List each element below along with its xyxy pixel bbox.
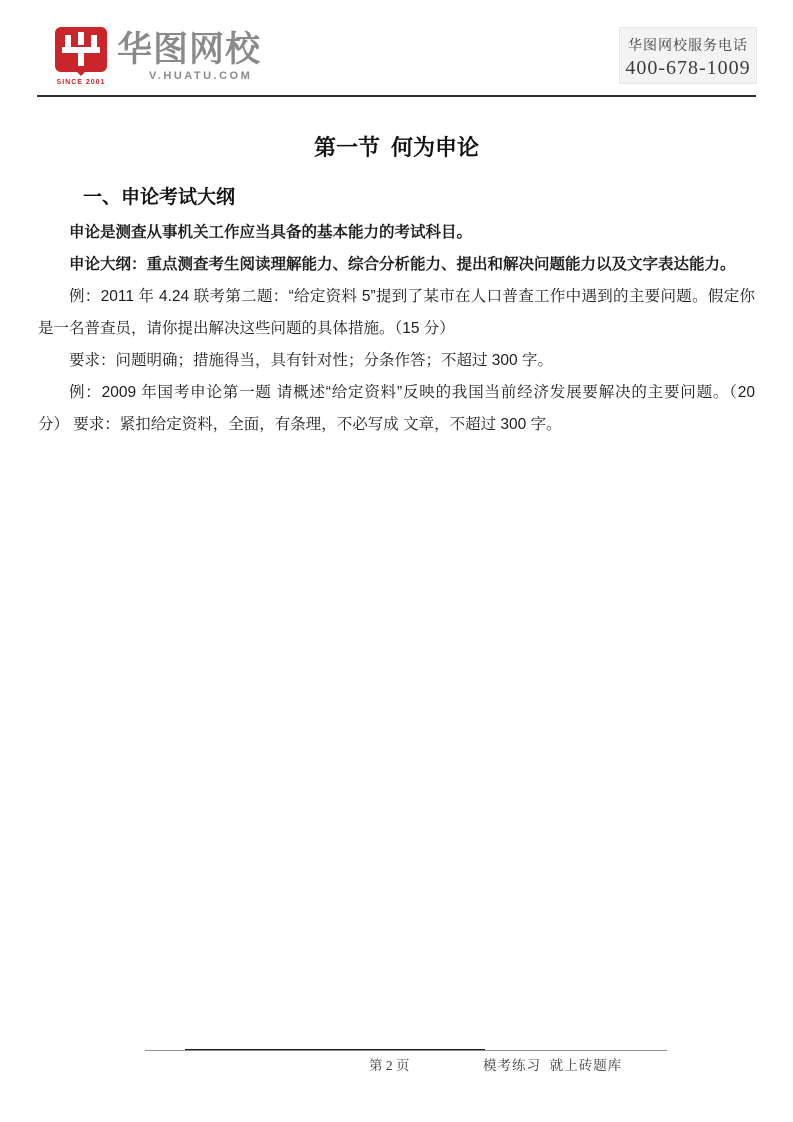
logo-since-text: SINCE 2001 [57,79,106,86]
section-heading: 一、申论考试大纲 [83,184,756,212]
service-phone-box: 华图网校服务电话 400-678-1009 [619,27,757,84]
page-footer: 第 2 页 模考练习 就上砖题库 [37,1041,756,1081]
paragraph: 申论是测查从事机关工作应当具备的基本能力的考试科目。 [38,217,755,249]
logo-word-column: 华图网校 V.HUATU.COM [117,27,261,82]
footer-divider [145,1049,667,1052]
huatu-logo: SINCE 2001 华图网校 V.HUATU.COM [55,27,261,86]
chapter-title: 第一节 何为申论 [37,133,756,163]
paragraph: 例：2009 年国考申论第一题 请概述“给定资料”反映的我国当前经济发展要解决的… [38,377,755,441]
paragraph: 申论大纲：重点测查考生阅读理解能力、综合分析能力、提出和解决问题能力以及文字表达… [38,249,755,281]
document-content: 第一节 何为申论 一、申论考试大纲 申论是测查从事机关工作应当具备的基本能力的考… [37,133,756,441]
header-divider [37,95,756,97]
footer-slogan: 模考练习 就上砖题库 [483,1054,622,1074]
footer-divider-thin-line [145,1050,667,1051]
document-page: SINCE 2001 华图网校 V.HUATU.COM 华图网校服务电话 400… [0,0,793,1122]
logo-wordmark: 华图网校 [117,31,261,69]
page-header: SINCE 2001 华图网校 V.HUATU.COM 华图网校服务电话 400… [0,0,793,98]
logo-domain: V.HUATU.COM [117,70,261,82]
service-phone-label: 华图网校服务电话 [620,35,756,55]
page-number: 第 2 页 [369,1054,410,1074]
logo-badge-column: SINCE 2001 [55,27,107,86]
paragraph: 要求：问题明确；措施得当，具有针对性；分条作答；不超过 300 字。 [38,345,755,377]
body-text: 申论是测查从事机关工作应当具备的基本能力的考试科目。 申论大纲：重点测查考生阅读… [37,217,756,441]
paragraph: 例：2011 年 4.24 联考第二题：“给定资料 5”提到了某市在人口普查工作… [38,281,755,345]
service-phone-number: 400-678-1009 [620,57,756,80]
huatu-logo-icon [55,27,107,77]
